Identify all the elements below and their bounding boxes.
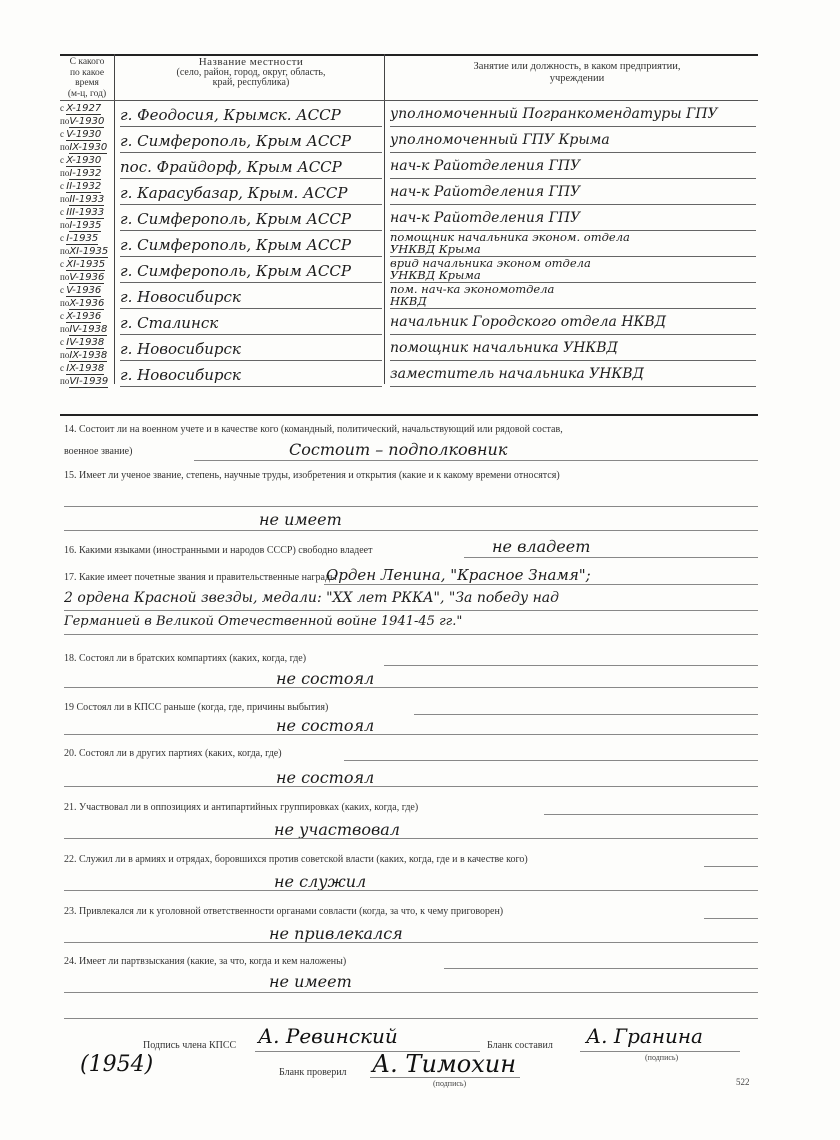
year-note: (1954) xyxy=(80,1052,153,1077)
table-row: с III-1933 поI-1935 г. Симферополь, Крым… xyxy=(60,206,758,232)
checked-by-signature: А. Тимохин xyxy=(372,1050,516,1078)
answer-line xyxy=(64,890,758,891)
row-place: г. Новосибирск xyxy=(120,366,382,387)
row-place: г. Симферополь, Крым АССР xyxy=(120,210,382,231)
header-text: Название местности xyxy=(116,57,386,68)
row-job: помощник начальника УНКВД xyxy=(390,340,756,361)
row-place: г. Симферополь, Крым АССР xyxy=(120,236,382,257)
date-prefix: с xyxy=(60,207,64,217)
question-22: 22. Служил ли в армиях и отрядах, боровш… xyxy=(64,854,758,894)
row-job: заместитель начальника УНКВД xyxy=(390,366,756,387)
date-from: I-1935 xyxy=(66,233,98,245)
date-prefix: по xyxy=(60,220,69,230)
date-prefix: по xyxy=(60,272,69,282)
date-prefix: по xyxy=(60,194,69,204)
row-place: г. Новосибирск xyxy=(120,288,382,309)
answer-line xyxy=(344,760,758,761)
table-row: с X-1930 поI-1932 пос. Фрайдорф, Крым АС… xyxy=(60,154,758,180)
row-place: г. Карасубазар, Крым. АССР xyxy=(120,184,382,205)
row-job-line: УНКВД Крыма xyxy=(390,270,756,282)
date-prefix: с xyxy=(60,311,64,321)
row-dates: с X-1930 поI-1932 xyxy=(60,154,114,180)
question-17: 17. Какие имеет почетные звания и правит… xyxy=(64,572,758,652)
row-job-line: УНКВД Крыма xyxy=(390,244,756,256)
header-text: время xyxy=(60,78,114,89)
date-to: VI-1939 xyxy=(69,376,108,388)
date-to: II-1933 xyxy=(69,194,104,206)
answer-line xyxy=(64,530,758,531)
header-place: Название местности (село, район, город, … xyxy=(116,57,386,97)
answer-line xyxy=(464,557,758,558)
answer-line xyxy=(64,506,758,507)
answer-line xyxy=(444,968,758,969)
header-text: С какого xyxy=(60,57,114,68)
signature-caption: (подпись) xyxy=(433,1079,466,1088)
table-row: с X-1936 поIV-1938 г. Сталинск начальник… xyxy=(60,310,758,336)
row-job: врид начальника эконом отдела УНКВД Крым… xyxy=(390,258,756,283)
answer-line xyxy=(64,634,758,635)
header-text: по какое xyxy=(60,68,114,79)
date-to: V-1936 xyxy=(69,272,104,284)
signature-caption: (подпись) xyxy=(645,1053,678,1062)
question-label: 14. Состоит ли на военном учете и в каче… xyxy=(64,424,758,435)
question-label: 21. Участвовал ли в оппозициях и антипар… xyxy=(64,802,758,813)
answer-line xyxy=(194,460,758,461)
answer-line xyxy=(64,734,758,735)
date-prefix: по xyxy=(60,376,69,386)
header-dates: С какого по какое время (м-ц, год) xyxy=(60,57,114,97)
row-job-line: пом. нач-ка экономотдела xyxy=(390,284,756,296)
row-dates: с X-1927 поV-1930 xyxy=(60,102,114,128)
question-label: 20. Состоял ли в других партиях (каких, … xyxy=(64,748,758,759)
date-from: V-1930 xyxy=(66,129,101,141)
date-prefix: с xyxy=(60,129,64,139)
answer-line xyxy=(704,866,758,867)
page-number: 522 xyxy=(736,1077,750,1087)
row-dates: с XI-1935 поV-1936 xyxy=(60,258,114,284)
row-dates: с V-1930 поIX-1930 xyxy=(60,128,114,154)
table-row: с IX-1938 поVI-1939 г. Новосибирск замес… xyxy=(60,362,758,388)
date-prefix: с xyxy=(60,103,64,113)
date-prefix: с xyxy=(60,285,64,295)
date-prefix: по xyxy=(60,168,69,178)
question-16: 16. Какими языками (иностранными и народ… xyxy=(64,545,758,565)
row-place: г. Новосибирск xyxy=(120,340,382,361)
table-row: с II-1932 поII-1933 г. Карасубазар, Крым… xyxy=(60,180,758,206)
date-from: V-1936 xyxy=(66,285,101,297)
member-signature: А. Ревинский xyxy=(258,1024,398,1048)
header-text: Занятие или должность, в каком предприят… xyxy=(396,61,758,73)
row-dates: с V-1936 поX-1936 xyxy=(60,284,114,310)
row-dates: с III-1933 поI-1935 xyxy=(60,206,114,232)
date-prefix: по xyxy=(60,350,69,360)
answer-text: не имеет xyxy=(259,510,342,529)
date-from: X-1927 xyxy=(66,103,101,115)
question-20: 20. Состоял ли в других партиях (каких, … xyxy=(64,748,758,788)
date-prefix: по xyxy=(60,246,69,256)
row-job: нач-к Райотделения ГПУ xyxy=(390,210,756,231)
date-to: IX-1938 xyxy=(69,350,107,362)
header-divider xyxy=(60,100,758,101)
date-to: V-1930 xyxy=(69,116,104,128)
question-18: 18. Состоял ли в братских компартиях (ка… xyxy=(64,653,758,693)
row-job: нач-к Райотделения ГПУ xyxy=(390,158,756,179)
question-label: 24. Имеет ли партвзыскания (какие, за чт… xyxy=(64,956,758,967)
question-label: 22. Служил ли в армиях и отрядах, боровш… xyxy=(64,854,758,865)
question-label: военное звание) xyxy=(64,446,132,457)
answer-text: не участвовал xyxy=(274,820,400,839)
row-job-line: НКВД xyxy=(390,296,756,308)
row-place: пос. Фрайдорф, Крым АССР xyxy=(120,158,382,179)
date-prefix: по xyxy=(60,116,69,126)
row-dates: с X-1936 поIV-1938 xyxy=(60,310,114,336)
question-label: 19 Состоял ли в КПСС раньше (когда, где,… xyxy=(64,702,758,713)
answer-line xyxy=(64,1018,758,1019)
row-dates: с I-1935 поXI-1935 xyxy=(60,232,114,258)
row-place: г. Сталинск xyxy=(120,314,382,335)
composed-by-signature: А. Гранина xyxy=(586,1024,703,1048)
answer-line xyxy=(384,665,758,666)
answer-line xyxy=(64,992,758,993)
questionnaire-page: С какого по какое время (м-ц, год) Назва… xyxy=(0,0,840,1140)
row-place: г. Симферополь, Крым АССР xyxy=(120,262,382,283)
header-text: учреждении xyxy=(396,73,758,85)
date-prefix: с xyxy=(60,155,64,165)
row-job: пом. нач-ка экономотдела НКВД xyxy=(390,284,756,309)
row-dates: с II-1932 поII-1933 xyxy=(60,180,114,206)
answer-text: не имеет xyxy=(269,972,352,991)
date-from: II-1932 xyxy=(66,181,101,193)
answer-line xyxy=(64,942,758,943)
header-job: Занятие или должность, в каком предприят… xyxy=(396,57,758,101)
table-row: с X-1927 поV-1930 г. Феодосия, Крымск. А… xyxy=(60,102,758,128)
table-row: с I-1935 поXI-1935 г. Симферополь, Крым … xyxy=(60,232,758,258)
question-24: 24. Имеет ли партвзыскания (какие, за чт… xyxy=(64,956,758,996)
row-job: нач-к Райотделения ГПУ xyxy=(390,184,756,205)
table-row: с V-1930 поIX-1930 г. Симферополь, Крым … xyxy=(60,128,758,154)
answer-line xyxy=(64,838,758,839)
answer-text: не владеет xyxy=(492,537,590,556)
row-job: уполномоченный ГПУ Крыма xyxy=(390,132,756,153)
date-to: X-1936 xyxy=(69,298,104,310)
answer-line xyxy=(414,714,758,715)
date-prefix: с xyxy=(60,363,64,373)
row-job: уполномоченный Погранкомендатуры ГПУ xyxy=(390,106,756,127)
table-row: с XI-1935 поV-1936 г. Симферополь, Крым … xyxy=(60,258,758,284)
date-prefix: с xyxy=(60,259,64,269)
question-label: 16. Какими языками (иностранными и народ… xyxy=(64,545,758,556)
row-dates: с IV-1938 поIX-1938 xyxy=(60,336,114,362)
date-from: IV-1938 xyxy=(66,337,104,349)
signature-line xyxy=(580,1051,740,1052)
date-to: IV-1938 xyxy=(69,324,107,336)
date-prefix: по xyxy=(60,142,69,152)
date-prefix: с xyxy=(60,337,64,347)
question-14: 14. Состоит ли на военном учете и в каче… xyxy=(64,424,758,464)
table-bottom-border xyxy=(60,414,758,416)
answer-text: не состоял xyxy=(276,716,374,735)
date-prefix: с xyxy=(60,181,64,191)
date-from: IX-1938 xyxy=(66,363,104,375)
table-top-border xyxy=(60,54,758,56)
table-row: с V-1936 поX-1936 г. Новосибирск пом. на… xyxy=(60,284,758,310)
table-row: с IV-1938 поIX-1938 г. Новосибирск помощ… xyxy=(60,336,758,362)
answer-text: 2 ордена Красной звезды, медали: "XX лет… xyxy=(64,590,559,606)
checked-by-label: Бланк проверил xyxy=(279,1067,347,1078)
row-place: г. Феодосия, Крымск. АССР xyxy=(120,106,382,127)
member-signature-label: Подпись члена КПСС xyxy=(143,1040,236,1051)
answer-text: Состоит – подполковник xyxy=(289,440,507,459)
row-dates: с IX-1938 поVI-1939 xyxy=(60,362,114,388)
answer-text: не состоял xyxy=(276,669,374,688)
date-from: III-1933 xyxy=(66,207,104,219)
question-15: 15. Имеет ли ученое звание, степень, нау… xyxy=(64,470,758,530)
answer-line xyxy=(704,918,758,919)
question-19: 19 Состоял ли в КПСС раньше (когда, где,… xyxy=(64,702,758,742)
row-job: помощник начальника эконом. отдела УНКВД… xyxy=(390,232,756,257)
date-to: XI-1935 xyxy=(69,246,108,258)
date-from: X-1930 xyxy=(66,155,101,167)
question-label: 23. Привлекался ли к уголовной ответстве… xyxy=(64,906,758,917)
date-to: IX-1930 xyxy=(69,142,107,154)
answer-text: не служил xyxy=(274,872,366,891)
answer-line xyxy=(64,687,758,688)
date-from: XI-1935 xyxy=(66,259,105,271)
row-job: начальник Городского отдела НКВД xyxy=(390,314,756,335)
answer-line xyxy=(64,610,758,611)
answer-text: не состоял xyxy=(276,768,374,787)
question-label: 18. Состоял ли в братских компартиях (ка… xyxy=(64,653,758,664)
header-text: (м-ц, год) xyxy=(60,89,114,100)
date-to: I-1932 xyxy=(69,168,101,180)
date-to: I-1935 xyxy=(69,220,101,232)
header-text: край, республика) xyxy=(116,78,386,89)
question-label: 15. Имеет ли ученое звание, степень, нау… xyxy=(64,470,758,481)
date-prefix: с xyxy=(60,233,64,243)
question-23: 23. Привлекался ли к уголовной ответстве… xyxy=(64,906,758,946)
answer-line xyxy=(544,814,758,815)
row-place: г. Симферополь, Крым АССР xyxy=(120,132,382,153)
answer-line xyxy=(324,584,758,585)
date-from: X-1936 xyxy=(66,311,101,323)
question-21: 21. Участвовал ли в оппозициях и антипар… xyxy=(64,802,758,842)
date-prefix: по xyxy=(60,324,69,334)
answer-text: Германией в Великой Отечественной войне … xyxy=(64,614,462,629)
answer-line xyxy=(64,786,758,787)
date-prefix: по xyxy=(60,298,69,308)
answer-text: не привлекался xyxy=(269,924,403,943)
answer-text: Орден Ленина, "Красное Знамя"; xyxy=(326,566,591,584)
